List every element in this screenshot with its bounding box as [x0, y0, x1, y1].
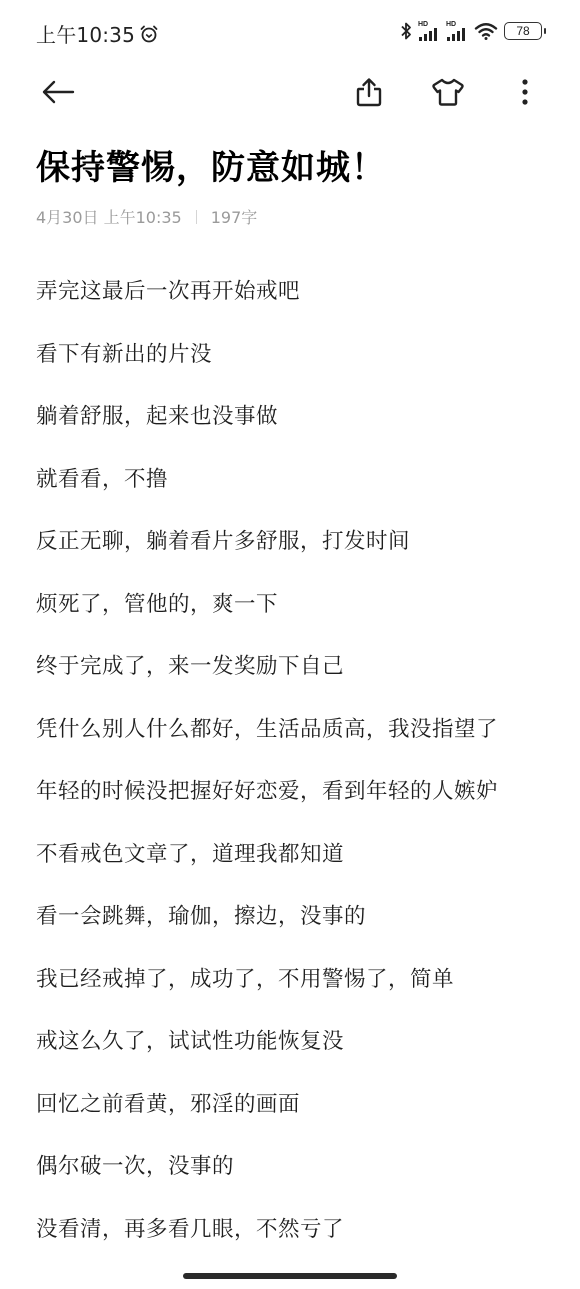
- signal-hd-2-icon: HD: [446, 21, 468, 41]
- note-line: 偶尔破一次，没事的: [36, 1151, 556, 1214]
- meta-divider: [196, 210, 197, 224]
- note-line: 回忆之前看黄，邪淫的画面: [36, 1089, 556, 1152]
- wifi-icon: [474, 22, 498, 40]
- note-line: 年轻的时候没把握好好恋爱，看到年轻的人嫉妒: [36, 776, 556, 839]
- note-line: 看一会跳舞，瑜伽，擦边，没事的: [36, 901, 556, 964]
- tshirt-icon: [431, 77, 465, 107]
- note-line: 没看清，再多看几眼，不然亏了: [36, 1214, 556, 1277]
- status-bar: 上午10:35 HD HD: [0, 0, 580, 62]
- arrow-left-icon: [41, 80, 75, 104]
- more-button[interactable]: [505, 72, 545, 112]
- note-line: 凭什么别人什么都好，生活品质高，我没指望了: [36, 714, 556, 777]
- note-body[interactable]: 弄完这最后一次再开始戒吧 看下有新出的片没 躺着舒服，起来也没事做 就看看，不撸…: [36, 276, 556, 1276]
- word-count: 197字: [211, 205, 258, 228]
- note-line: 反正无聊，躺着看片多舒服，打发时间: [36, 526, 556, 589]
- theme-button[interactable]: [428, 72, 468, 112]
- note-title[interactable]: 保持警惕，防意如城！: [36, 140, 386, 189]
- note-line: 终于完成了，来一发奖励下自己: [36, 651, 556, 714]
- share-button[interactable]: [349, 72, 389, 112]
- toolbar: [0, 62, 580, 120]
- note-meta: 4月30日 上午10:35 197字: [36, 205, 257, 228]
- note-line: 弄完这最后一次再开始戒吧: [36, 276, 556, 339]
- clock-text: 上午10:35: [36, 19, 135, 48]
- note-line: 躺着舒服，起来也没事做: [36, 401, 556, 464]
- status-time: 上午10:35: [36, 19, 159, 48]
- note-line: 不看戒色文章了，道理我都知道: [36, 839, 556, 902]
- hd-label: HD: [418, 21, 428, 28]
- more-vertical-icon: [520, 77, 530, 107]
- bluetooth-icon: [400, 21, 412, 41]
- status-icons: HD HD 78: [400, 20, 542, 42]
- note-date: 4月30日 上午10:35: [36, 205, 182, 228]
- note-line: 我已经戒掉了，成功了，不用警惕了，简单: [36, 964, 556, 1027]
- battery-indicator: 78: [504, 22, 542, 40]
- alarm-clock-icon: [139, 24, 159, 44]
- back-button[interactable]: [38, 72, 78, 112]
- note-line: 就看看，不撸: [36, 464, 556, 527]
- hd-label: HD: [446, 21, 456, 28]
- battery-level: 78: [516, 24, 529, 38]
- note-line: 戒这么久了，试试性功能恢复没: [36, 1026, 556, 1089]
- note-line: 烦死了，管他的，爽一下: [36, 589, 556, 652]
- signal-hd-1-icon: HD: [418, 21, 440, 41]
- note-line: 看下有新出的片没: [36, 339, 556, 402]
- home-indicator[interactable]: [183, 1273, 397, 1279]
- share-icon: [355, 77, 383, 107]
